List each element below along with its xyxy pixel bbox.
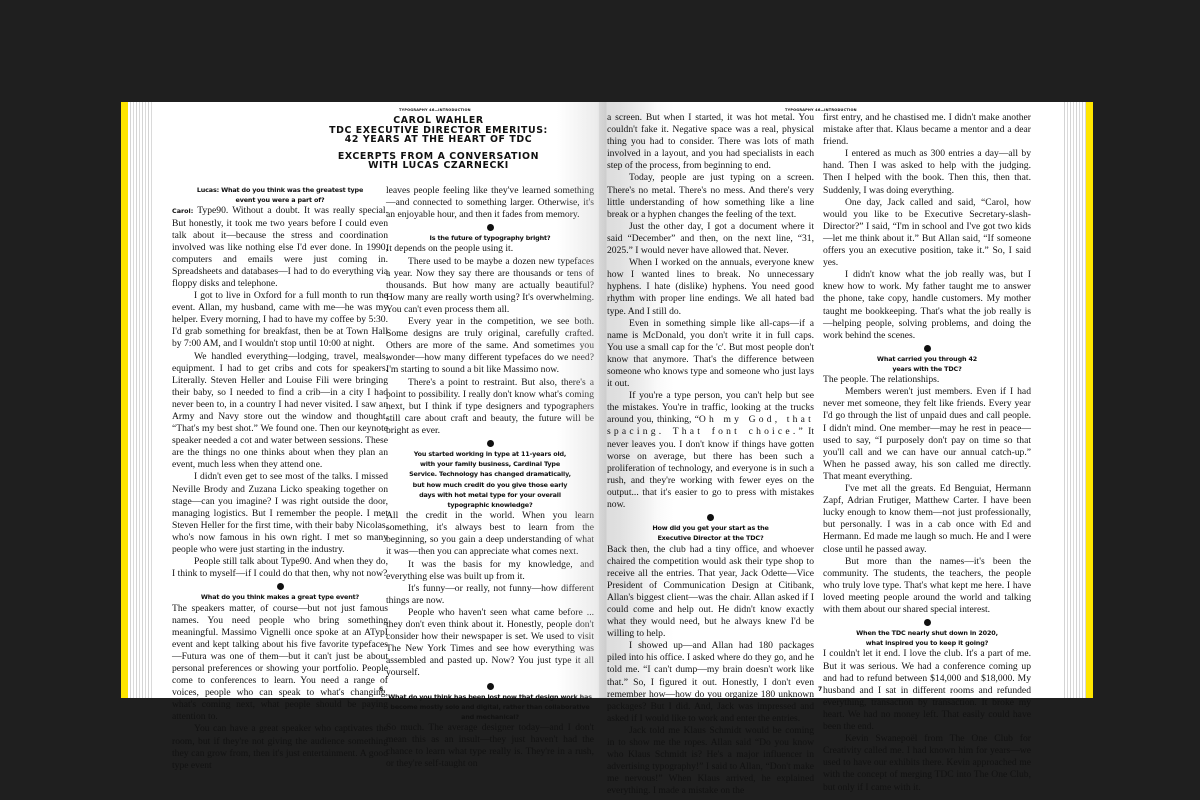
answer-paragraph: All the credit in the world. When you le… bbox=[386, 510, 594, 558]
interview-question: How did you get your start as the Execut… bbox=[607, 523, 814, 543]
answer-paragraph: So much. The average designer today—and … bbox=[386, 722, 594, 770]
answer-paragraph: Jack told me Klaus Schmidt would be comi… bbox=[607, 725, 814, 798]
left-page-column-2: leaves people feeling like they've learn… bbox=[386, 185, 594, 771]
answer-paragraph: People who haven't seen what came before… bbox=[386, 607, 594, 680]
answer-paragraph: There used to be maybe a dozen new typef… bbox=[386, 256, 594, 316]
section-bullet bbox=[487, 683, 494, 690]
article-title-block: CAROL WAHLER TDC EXECUTIVE DIRECTOR EMER… bbox=[316, 116, 561, 171]
article-title: CAROL WAHLER TDC EXECUTIVE DIRECTOR EMER… bbox=[316, 116, 561, 145]
answer-paragraph: You can have a great speaker who captiva… bbox=[172, 723, 388, 771]
answer-paragraph: There's a point to restraint. But also, … bbox=[386, 377, 594, 437]
right-page-column-1: a screen. But when I started, it was hot… bbox=[607, 112, 814, 797]
answer-paragraph: One day, Jack called and said, “Carol, h… bbox=[823, 197, 1031, 270]
interview-question: What do you think has been lost now that… bbox=[386, 692, 594, 723]
section-bullet bbox=[487, 440, 494, 447]
answer-paragraph: When I worked on the annuals, everyone k… bbox=[607, 257, 814, 317]
answer-paragraph: Carol: Type90. Without a doubt. It was r… bbox=[172, 205, 388, 290]
page-number-right: 7 bbox=[818, 686, 822, 693]
answer-paragraph: Back then, the club had a tiny office, a… bbox=[607, 544, 814, 641]
answer-paragraph: If you're a type person, you can't help … bbox=[607, 390, 814, 511]
answer-paragraph: It was the basis for my knowledge, and e… bbox=[386, 559, 594, 583]
answer-paragraph: It's funny—or really, not funny—how diff… bbox=[386, 583, 594, 607]
answer-paragraph: We handled everything—lodging, travel, m… bbox=[172, 351, 388, 472]
page-number-left: 6 bbox=[379, 686, 383, 693]
magazine-spread: TYPOGRAPHY 46—INTRODUCTION CAROL WAHLER … bbox=[121, 102, 1093, 698]
section-bullet bbox=[707, 514, 714, 521]
answer-paragraph: I've met all the greats. Ed Benguiat, He… bbox=[823, 483, 1031, 556]
answer-paragraph: But more than the names—it's been the co… bbox=[823, 556, 1031, 616]
section-bullet bbox=[924, 619, 931, 626]
right-page-edge bbox=[1065, 102, 1093, 698]
interview-question: Is the future of typography bright? bbox=[386, 233, 594, 243]
answer-paragraph: Members weren't just members. Even if I … bbox=[823, 386, 1031, 483]
answer-paragraph: Today, people are just typing on a scree… bbox=[607, 172, 814, 220]
interview-question: What do you think makes a great type eve… bbox=[172, 592, 388, 602]
running-head-left: TYPOGRAPHY 46—INTRODUCTION bbox=[399, 108, 471, 112]
left-page-edge bbox=[121, 102, 149, 698]
article-subtitle: EXCERPTS FROM A CONVERSATION WITH LUCAS … bbox=[316, 152, 561, 171]
answer-paragraph: I didn't know what the job really was, b… bbox=[823, 269, 1031, 342]
section-bullet bbox=[277, 583, 284, 590]
answer-paragraph: first entry, and he chastised me. I didn… bbox=[823, 112, 1031, 148]
answer-paragraph: I entered as much as 300 entries a day—a… bbox=[823, 148, 1031, 196]
answer-paragraph: Just the other day, I got a document whe… bbox=[607, 221, 814, 257]
answer-paragraph: a screen. But when I started, it was hot… bbox=[607, 112, 814, 172]
answer-paragraph: The speakers matter, of course—but not j… bbox=[172, 603, 388, 724]
answer-paragraph: The people. The relationships. bbox=[823, 374, 1031, 386]
answer-paragraph: It depends on the people using it. bbox=[386, 243, 594, 255]
answer-paragraph: Kevin Swanepoël from The One Club for Cr… bbox=[823, 733, 1031, 793]
interview-question: Lucas: What do you think was the greates… bbox=[172, 185, 388, 205]
answer-paragraph: People still talk about Type90. And when… bbox=[172, 556, 388, 580]
section-bullet bbox=[487, 224, 494, 231]
interview-question: When the TDC nearly shut down in 2020, w… bbox=[823, 628, 1031, 648]
answer-paragraph: I couldn't let it end. I love the club. … bbox=[823, 648, 1031, 733]
speaker-label: Carol: bbox=[172, 207, 193, 215]
answer-paragraph: leaves people feeling like they've learn… bbox=[386, 185, 594, 221]
left-page-column-1: Lucas: What do you think was the greates… bbox=[172, 185, 388, 772]
interview-question: What carried you through 42 years with t… bbox=[823, 354, 1031, 374]
answer-paragraph: Even in something simple like all-caps—i… bbox=[607, 318, 814, 391]
interview-question: You started working in type at 11-years … bbox=[386, 449, 594, 510]
section-bullet bbox=[924, 345, 931, 352]
right-page-column-2: first entry, and he chastised me. I didn… bbox=[823, 112, 1031, 794]
answer-paragraph: Every year in the competition, we see bo… bbox=[386, 316, 594, 376]
answer-paragraph: I didn't even get to see most of the tal… bbox=[172, 471, 388, 556]
answer-paragraph: I showed up—and Allan had 180 packages p… bbox=[607, 640, 814, 725]
answer-paragraph: I got to live in Oxford for a full month… bbox=[172, 290, 388, 350]
